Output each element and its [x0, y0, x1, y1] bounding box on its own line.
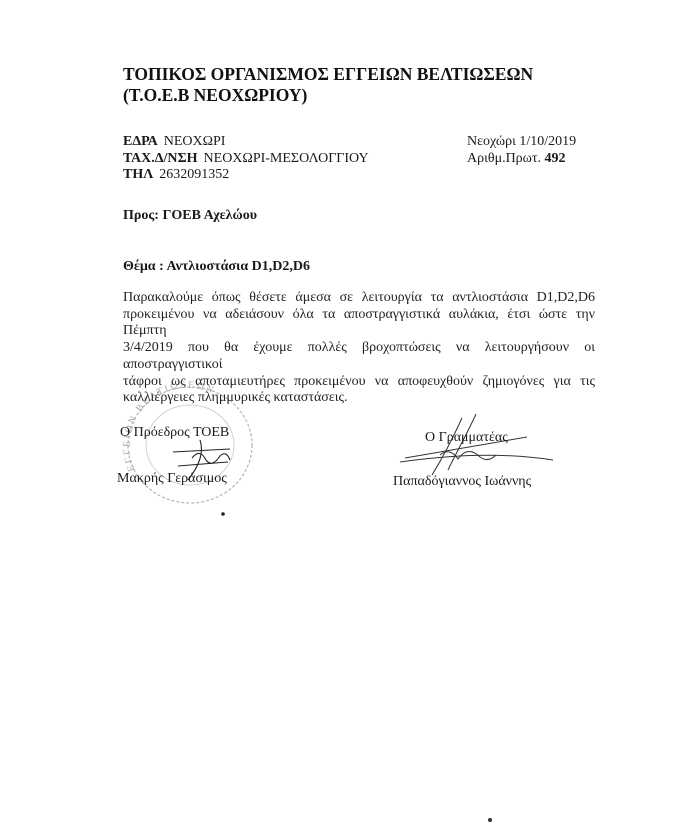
date-protocol-block: Νεοχώρι 1/10/2019 Αριθμ.Πρωτ. 492 — [467, 134, 576, 167]
scan-artifact-icon — [488, 818, 492, 822]
seat-line: ΕΔΡΑΝΕΟΧΩΡΙ — [123, 134, 369, 151]
body-line: καλλιέργειες πλημμυρικές καταστάσεις. — [123, 390, 595, 407]
body-line: 3/4/2019 που θα έχουμε πολλές βροχοπτώσε… — [123, 340, 595, 373]
organization-abbreviation: (Τ.Ο.Ε.Β ΝΕΟΧΩΡΙΟΥ) — [123, 85, 533, 106]
body-line: προκειμένου να αδειάσουν όλα τα αποστραγ… — [123, 307, 595, 340]
secretary-title: Ο Γραμματέας — [425, 430, 508, 446]
address-line: ΤΑΧ.Δ/ΝΣΗΝΕΟΧΩΡΙ-ΜΕΣΟΛΟΓΓΙΟΥ — [123, 151, 369, 168]
president-title: Ο Πρόεδρος ΤΟΕΒ — [120, 425, 229, 441]
address-label: ΤΑΧ.Δ/ΝΣΗ — [123, 151, 198, 166]
phone-value: 2632091352 — [159, 167, 229, 182]
place-date: Νεοχώρι 1/10/2019 — [467, 134, 576, 151]
body-line: τάφροι ως αποταμιευτήρες προκειμένου να … — [123, 374, 595, 391]
protocol-number: 492 — [545, 151, 566, 166]
address-value: ΝΕΟΧΩΡΙ-ΜΕΣΟΛΟΓΓΙΟΥ — [204, 151, 369, 166]
letter-body: Παρακαλούμε όπως θέσετε άμεσα σε λειτουρ… — [123, 290, 595, 407]
organization-name: ΤΟΠΙΚΟΣ ΟΡΓΑΝΙΣΜΟΣ ΕΓΓΕΙΩΝ ΒΕΛΤΙΩΣΕΩΝ — [123, 64, 533, 85]
protocol-label: Αριθμ.Πρωτ. — [467, 151, 541, 166]
organization-header: ΤΟΠΙΚΟΣ ΟΡΓΑΝΙΣΜΟΣ ΕΓΓΕΙΩΝ ΒΕΛΤΙΩΣΕΩΝ (Τ… — [123, 64, 533, 106]
sender-block: ΕΔΡΑΝΕΟΧΩΡΙ ΤΑΧ.Δ/ΝΣΗΝΕΟΧΩΡΙ-ΜΕΣΟΛΟΓΓΙΟΥ… — [123, 134, 369, 184]
seat-value: ΝΕΟΧΩΡΙ — [164, 134, 226, 149]
stamp-and-signatures: ΕΓΓΕΙΩΝ ΒΕΛΤΙΩΣΕΩΝ — [0, 0, 675, 840]
body-line: Παρακαλούμε όπως θέσετε άμεσα σε λειτουρ… — [123, 290, 595, 307]
subject: Θέμα : Αντλιοστάσια D1,D2,D6 — [123, 259, 310, 275]
phone-line: ΤΗΛ2632091352 — [123, 167, 369, 184]
seat-label: ΕΔΡΑ — [123, 134, 158, 149]
protocol-line: Αριθμ.Πρωτ. 492 — [467, 151, 576, 168]
ink-dot-icon — [221, 512, 225, 516]
phone-label: ΤΗΛ — [123, 167, 153, 182]
recipient: Προς: ΓΟΕΒ Αχελώου — [123, 208, 257, 224]
secretary-name: Παπαδόγιαννος Ιωάννης — [393, 474, 531, 490]
president-name: Μακρής Γεράσιμος — [117, 471, 227, 487]
